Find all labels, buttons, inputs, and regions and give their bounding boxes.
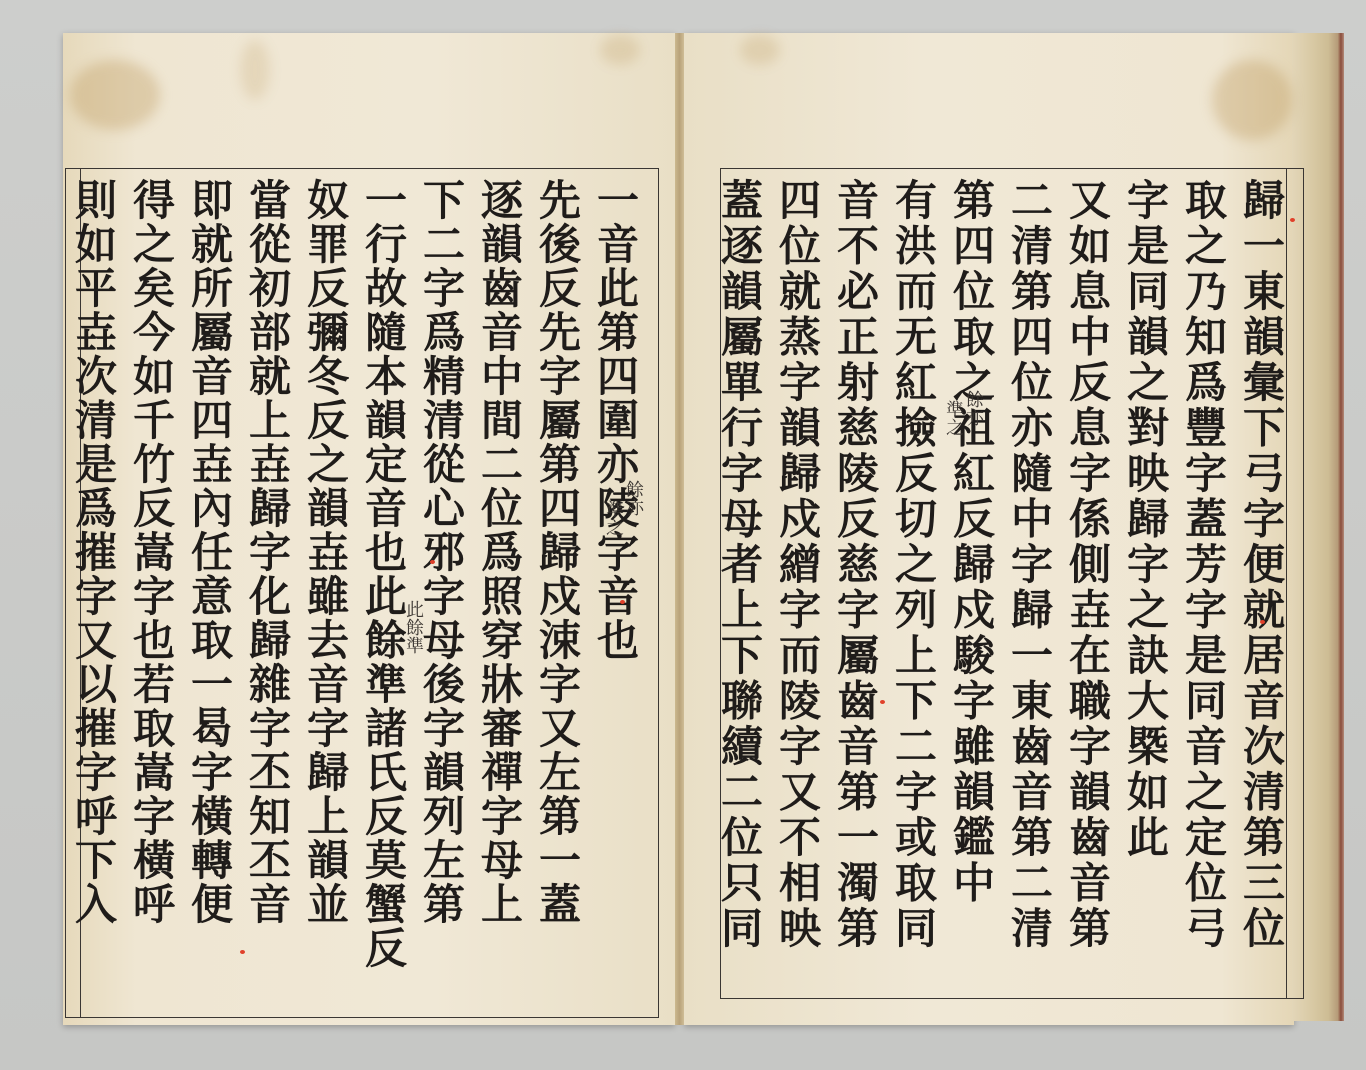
text-column: 奴罪反彌冬反之韻壵雖去音字歸上韻並 [296, 178, 354, 1008]
text-column: 先後反先字屬第四歸戍涑字又左第一蓋 [528, 178, 586, 1008]
text-column: 音不必正射慈陵反慈字屬齒音第一濁第 [826, 178, 884, 993]
red-annotation-dot [240, 950, 245, 954]
text-column: 第四位取之祖紅反歸戍駿字雖韻鑑中 [942, 178, 1000, 993]
water-stain [740, 35, 780, 65]
text-column: 二清第四位亦隨中字歸一東齒音第二清 [1000, 178, 1058, 993]
text-column: 有洪而无紅撿反切之列上下二字或取同 [884, 178, 942, 993]
left-page-text: 一音此第四圍亦陵字音也 先後反先字屬第四歸戍涑字又左第一蓋 逐韻齒音中間二位爲照… [84, 178, 644, 1008]
book-gutter [675, 33, 684, 1025]
red-annotation-dot [1290, 218, 1295, 222]
text-column: 得之矣今如千竹反嵩字也若取嵩字橫呼 [122, 178, 180, 1008]
red-annotation-dot [620, 600, 625, 604]
right-page-text: 歸一東韻彙下弓字便就居音次清第三位 歸一東韻彙下弓字便就居音次清第三位 取之乃知… [730, 178, 1290, 993]
marginal-note: 準之 [940, 400, 966, 436]
text-column: 四位就蒸字韻歸戍繒字而陵字又不相映 [768, 178, 826, 993]
text-column: 則如平壵次清是爲摧字又以摧字呼下入 [64, 178, 122, 1008]
text-column: 又如息中反息字係側壵在職字韻齒音第 [1058, 178, 1116, 993]
text-column: 當從初部就上壵歸字化歸雜字丕知丕音 [238, 178, 296, 1008]
marginal-note: 此餘準 [400, 600, 426, 654]
red-annotation-dot [880, 700, 885, 704]
water-stain [600, 35, 640, 65]
text-column: 即就所屬音四壵內任意取一曷字橫轉便 [180, 178, 238, 1008]
text-column: 逐韻齒音中間二位爲照穿牀審禪字母上 [470, 178, 528, 1008]
red-annotation-dot [430, 560, 435, 564]
text-column: 蓋逐韻屬單行字母者上下聯續二位只同 [710, 178, 768, 993]
water-stain [1212, 60, 1292, 140]
text-column: 歸一東韻彙下弓字便就居音次清第三位 [1232, 178, 1290, 993]
marginal-note: 準之 [600, 500, 626, 536]
water-stain [70, 60, 160, 130]
water-stain [240, 40, 270, 100]
text-column: 字是同韻之對映歸字之訣大槩如此 [1116, 178, 1174, 993]
text-column: 一音此第四圍亦陵字音也 [586, 178, 644, 1008]
text-column: 一行故隨本韻定音也此餘準諸氏反莫蟹反 [354, 178, 412, 1008]
text-column: 下二字爲精清從心邪字母後字韻列左第 [412, 178, 470, 1008]
red-annotation-dot [1260, 620, 1265, 624]
text-column: 取之乃知爲豐字蓋芳字是同音之定位弓 [1174, 178, 1232, 993]
